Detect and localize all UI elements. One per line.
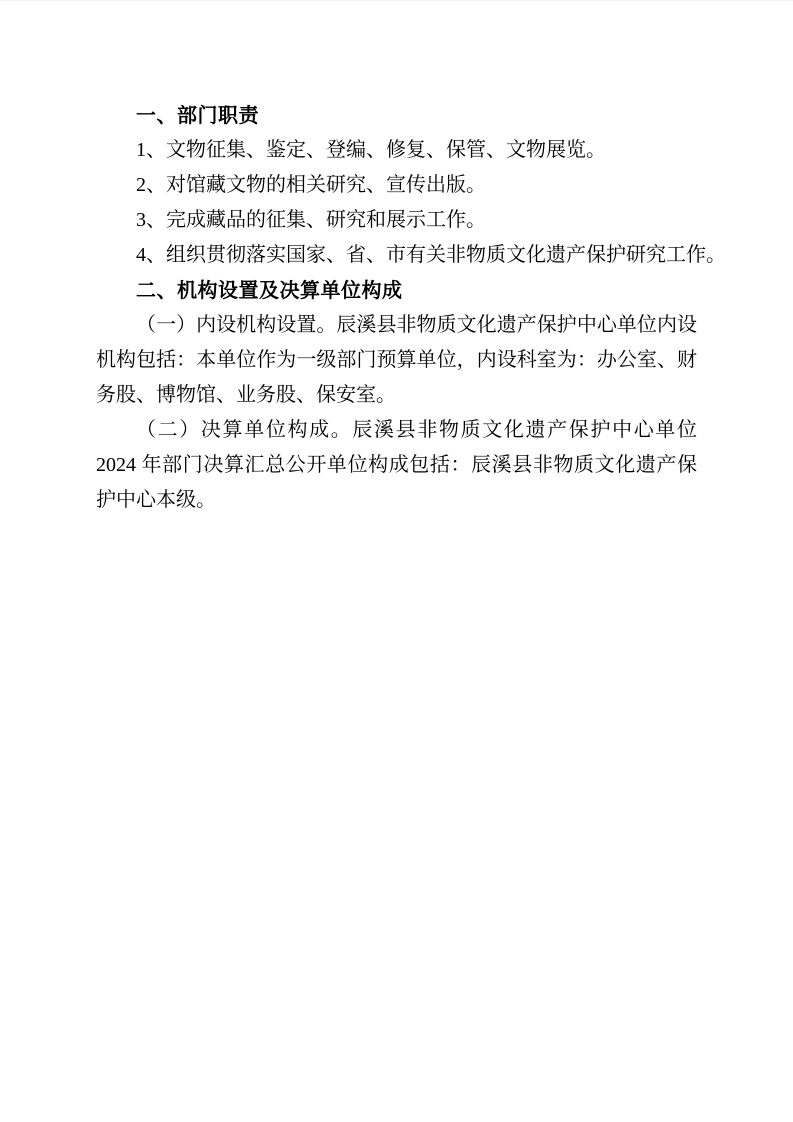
duty-item-3: 3、完成藏品的征集、研究和展示工作。: [96, 203, 697, 238]
paragraph-settlement-units: （二）决算单位构成。辰溪县非物质文化遗产保护中心单位 2024 年部门决算汇总公…: [96, 413, 697, 518]
duty-item-1: 1、文物征集、鉴定、登编、修复、保管、文物展览。: [96, 133, 697, 168]
document-content: 一、部门职责 1、文物征集、鉴定、登编、修复、保管、文物展览。 2、对馆藏文物的…: [0, 1, 793, 518]
section-heading-organization: 二、机构设置及决算单位构成: [96, 273, 697, 308]
paragraph-internal-structure: （一）内设机构设置。辰溪县非物质文化遗产保护中心单位内设机构包括：本单位作为一级…: [96, 308, 697, 413]
duty-item-4: 4、组织贯彻落实国家、省、市有关非物质文化遗产保护研究工作。: [96, 238, 697, 273]
duty-item-2: 2、对馆藏文物的相关研究、宣传出版。: [96, 168, 697, 203]
document-page: 一、部门职责 1、文物征集、鉴定、登编、修复、保管、文物展览。 2、对馆藏文物的…: [0, 0, 793, 1122]
section-heading-duties: 一、部门职责: [96, 98, 697, 133]
